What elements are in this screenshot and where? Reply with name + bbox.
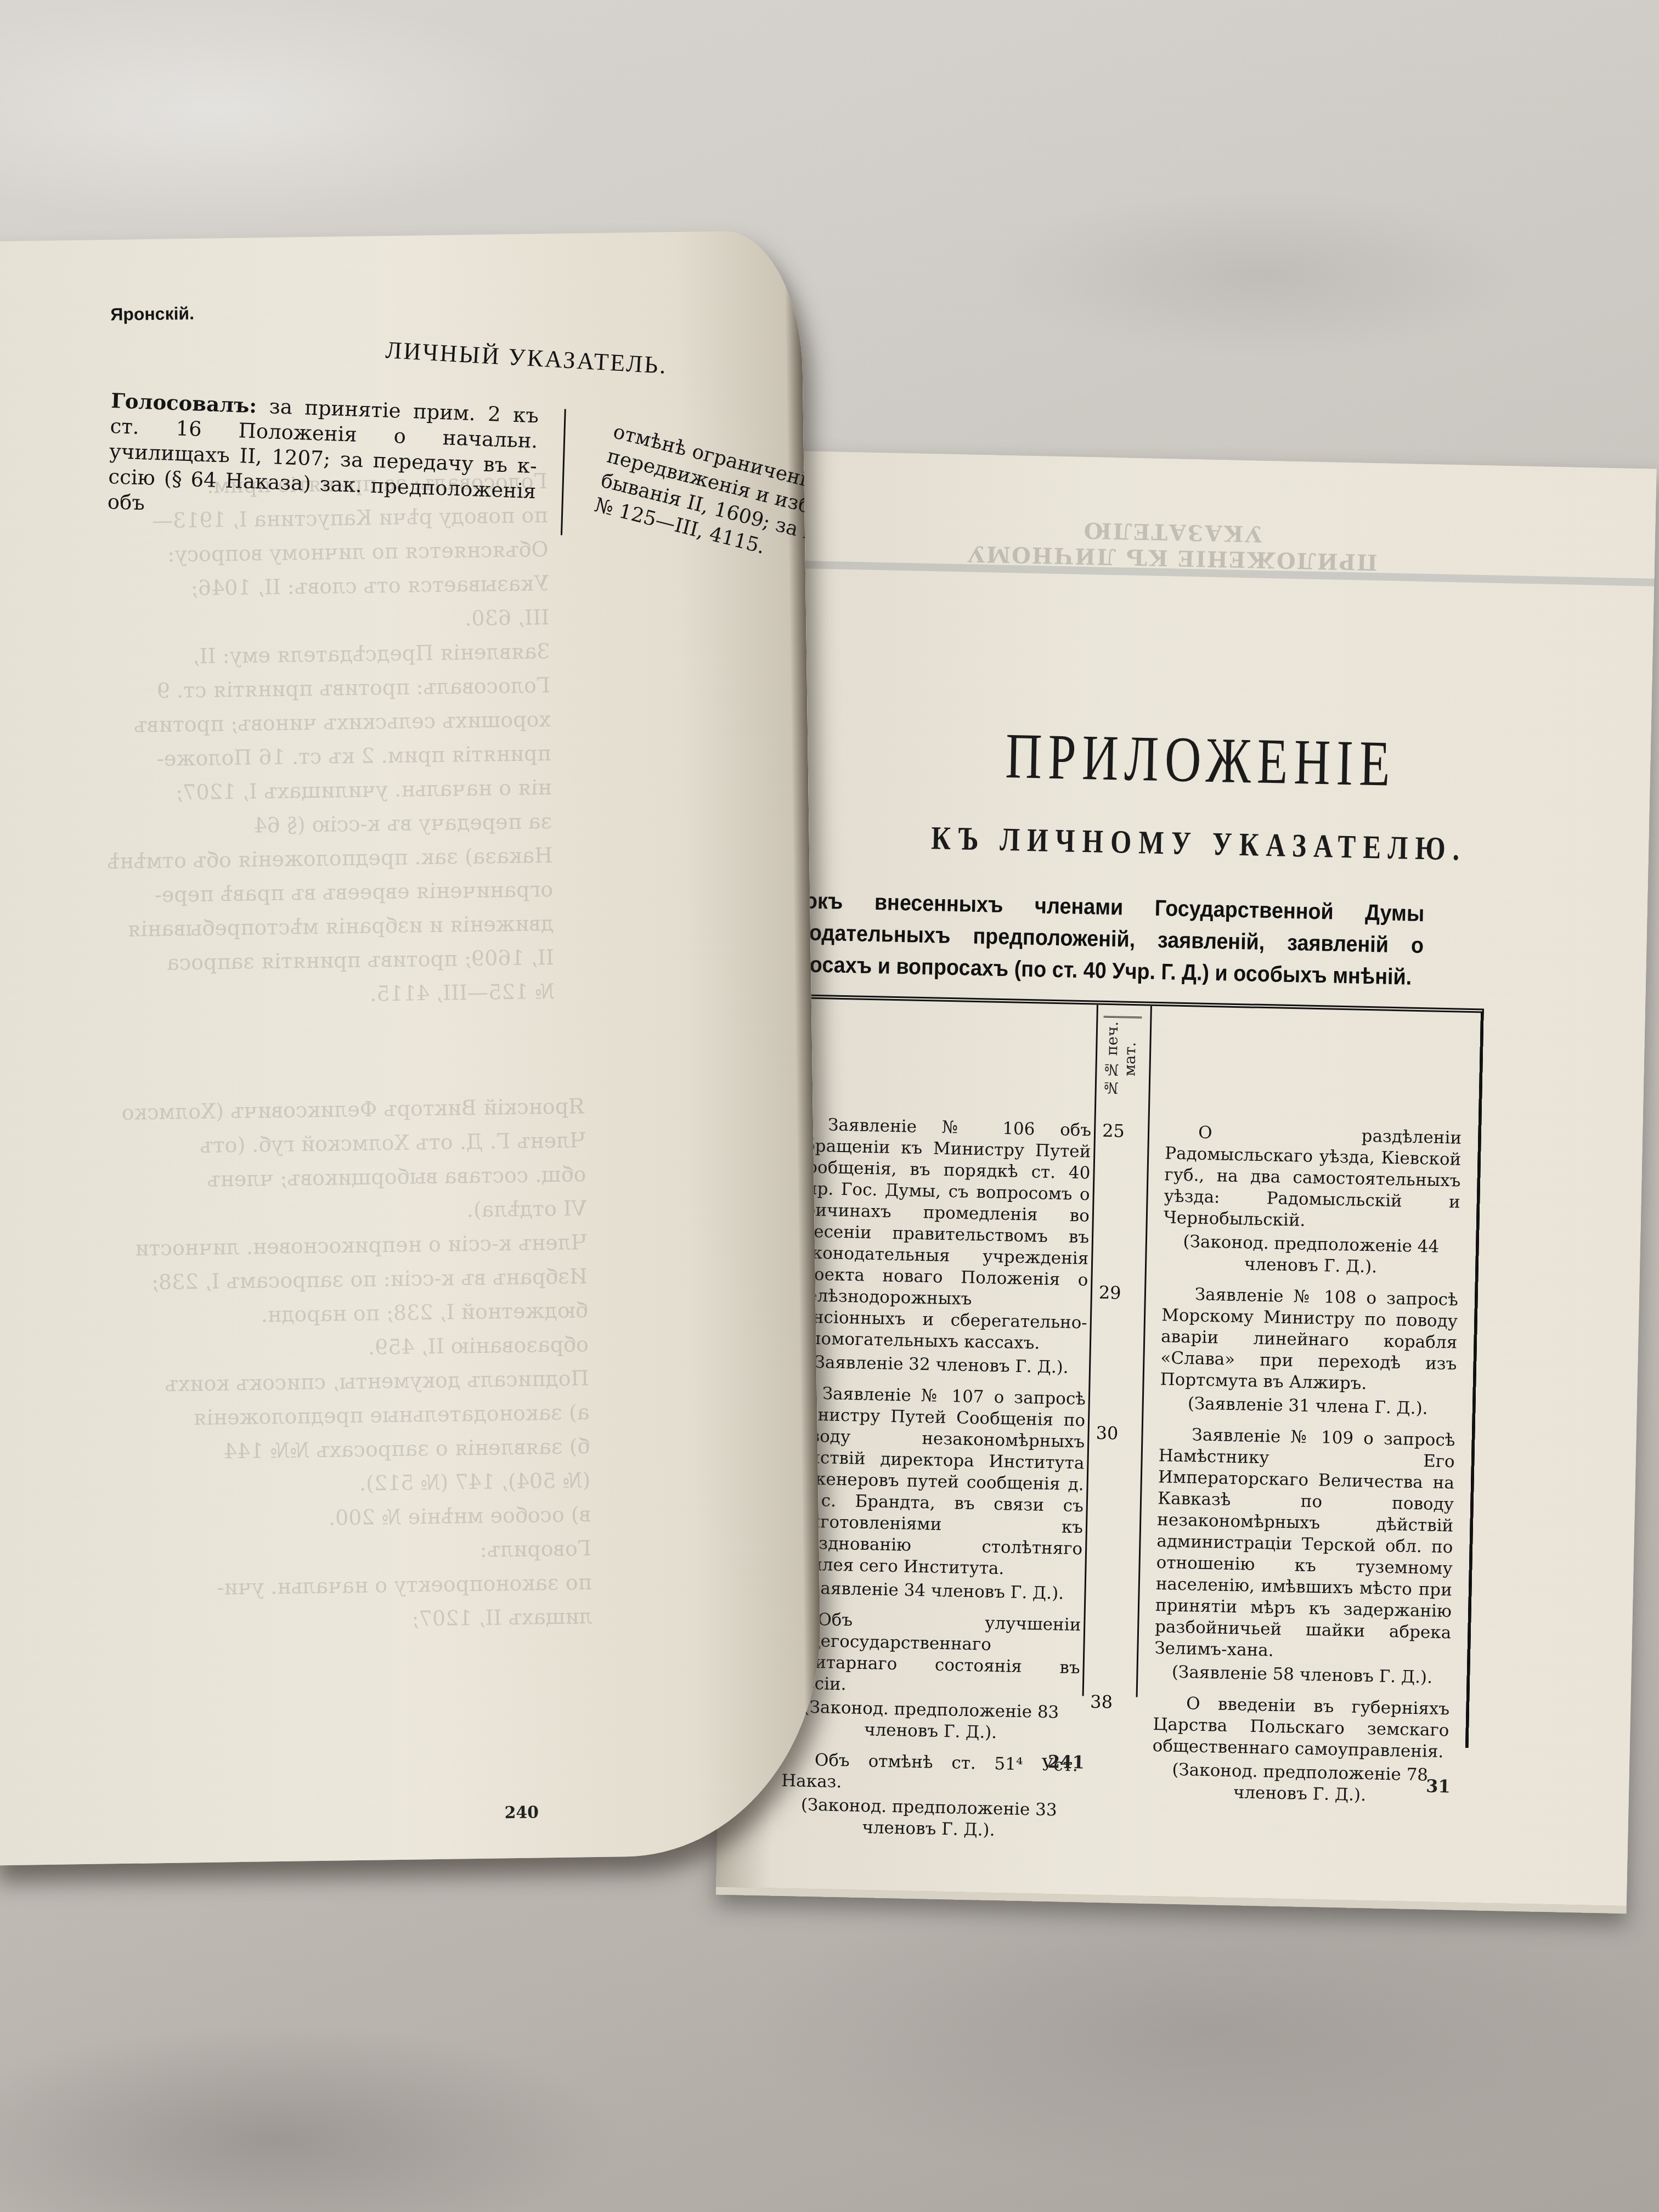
table-entry: 29 Заявленіе № 108 о запросѣ Морскому Ми…	[1159, 1283, 1458, 1420]
left-page: Голосовалъ: за принятіе прим. по поводу …	[0, 230, 823, 1866]
entry-note: (Заявленіе 31 члена Г. Д.).	[1159, 1392, 1456, 1420]
appendix-title-block: ПРИЛОЖЕНІЕ КЪ ЛИЧНОМУ УКАЗАТЕЛЮ.	[771, 714, 1629, 872]
column-divider	[561, 409, 566, 535]
bleed-through-text: Голосовалъ: за принятіе прим. по поводу …	[101, 464, 555, 1014]
running-head: Яронскій.	[110, 303, 194, 325]
page-title: ЛИЧНЫЙ УКАЗАТЕЛЬ.	[385, 336, 668, 380]
table-entry: 30 Заявленіе № 109 о запросѣ Намѣстнику …	[1154, 1424, 1455, 1689]
entry-text: О введеніи въ губерніяхъ Царства Польска…	[1152, 1692, 1449, 1763]
table-entry: Объ отмѣнѣ ст. 51⁴ Уст. Наказ. (Законод.…	[780, 1749, 1078, 1843]
section-number: 31	[1426, 1775, 1451, 1797]
entry-note: (Законод. предположеніе 44 членовъ Г. Д.…	[1163, 1231, 1460, 1279]
entry-text: Объ отмѣнѣ ст. 51⁴ Уст. Наказ.	[781, 1749, 1079, 1798]
entry-text: Заявленіе № 109 о запросѣ Намѣстнику Его…	[1154, 1424, 1455, 1665]
right-column-header: №№ печ. мат.	[1102, 1016, 1142, 1101]
entry-number: 29	[1099, 1282, 1122, 1304]
bleed-through-text: Яронскій Викторъ Феликсовичъ (Холмско Чл…	[121, 1089, 592, 1640]
entry-text: О раздѣленіи Радомысльскаго уѣзда, Кіевс…	[1163, 1121, 1462, 1234]
appendix-subtitle: КЪ ЛИЧНОМУ УКАЗАТЕЛЮ.	[930, 819, 1466, 868]
page-number: 240	[504, 1803, 539, 1822]
table-entry: Объ улучшеніи общегосударственнаго санит…	[782, 1609, 1081, 1745]
entry-note: (Заявленіе 32 членовъ Г. Д.).	[790, 1351, 1087, 1379]
left-column-text: Голосовалъ: за принятіе прим. 2 къ ст. 1…	[107, 388, 539, 529]
page-number: 241	[1048, 1751, 1085, 1773]
entry-text: Заявленіе № 107 о запросѣ Министру Путей…	[786, 1383, 1086, 1581]
table-entry: 38 О введеніи въ губерніяхъ Царства Поль…	[1152, 1692, 1450, 1808]
entry-number: 25	[1102, 1120, 1125, 1142]
entry-note: (Законод. предположеніе 33 членовъ Г. Д.…	[780, 1794, 1077, 1843]
entry-note: (Законод. предположеніе 78 членовъ Г. Д.…	[1152, 1759, 1449, 1808]
appendix-title: ПРИЛОЖЕНІЕ	[1005, 719, 1397, 802]
entry-text: Заявленіе № 108 о запросѣ Морскому Минис…	[1160, 1283, 1458, 1396]
table-entry: Заявленіе № 107 о запросѣ Министру Путей…	[785, 1383, 1086, 1605]
entry-text: Заявленіе № 106 объ обращеніи къ Министр…	[791, 1114, 1092, 1355]
entry-note: (Заявленіе 34 членовъ Г. Д.).	[785, 1577, 1082, 1605]
table-entry: 2 Заявленіе № 106 объ обращеніи къ Минис…	[790, 1114, 1092, 1379]
entry-note: (Законод. предположеніе 83 членовъ Г. Д.…	[782, 1696, 1080, 1745]
right-column-text: отмѣнѣ ограниченія евре- передвиженія и …	[592, 419, 776, 557]
left-text-column: 2 Заявленіе № 106 объ обращеніи къ Минис…	[782, 1114, 1092, 1740]
vote-label: Голосовалъ:	[111, 388, 257, 417]
entry-number: 38	[1090, 1691, 1113, 1713]
table-entry: 25 О раздѣленіи Радомысльскаго уѣзда, Кі…	[1163, 1121, 1462, 1279]
entry-number: 30	[1096, 1423, 1119, 1444]
appendix-table: мат. 2 Заявленіе № 106 объ обращеніи къ …	[719, 993, 1484, 1748]
entry-text: Объ улучшеніи общегосударственнаго санит…	[783, 1609, 1081, 1700]
right-page: ПРИЛОЖЕНІЕ КЪ ЛИЧНОМУ УКАЗАТЕЛЮ ПРИЛОЖЕН…	[716, 450, 1657, 1914]
right-text-column: 25 О раздѣленіи Радомысльскаго уѣзда, Кі…	[1153, 1121, 1462, 1747]
entry-note: (Заявленіе 58 членовъ Г. Д.).	[1154, 1661, 1451, 1689]
right-num-column: №№ печ. мат.	[1082, 1005, 1152, 1697]
appendix-description: Списокъ внесенныхъ членами Государственн…	[752, 883, 1425, 993]
